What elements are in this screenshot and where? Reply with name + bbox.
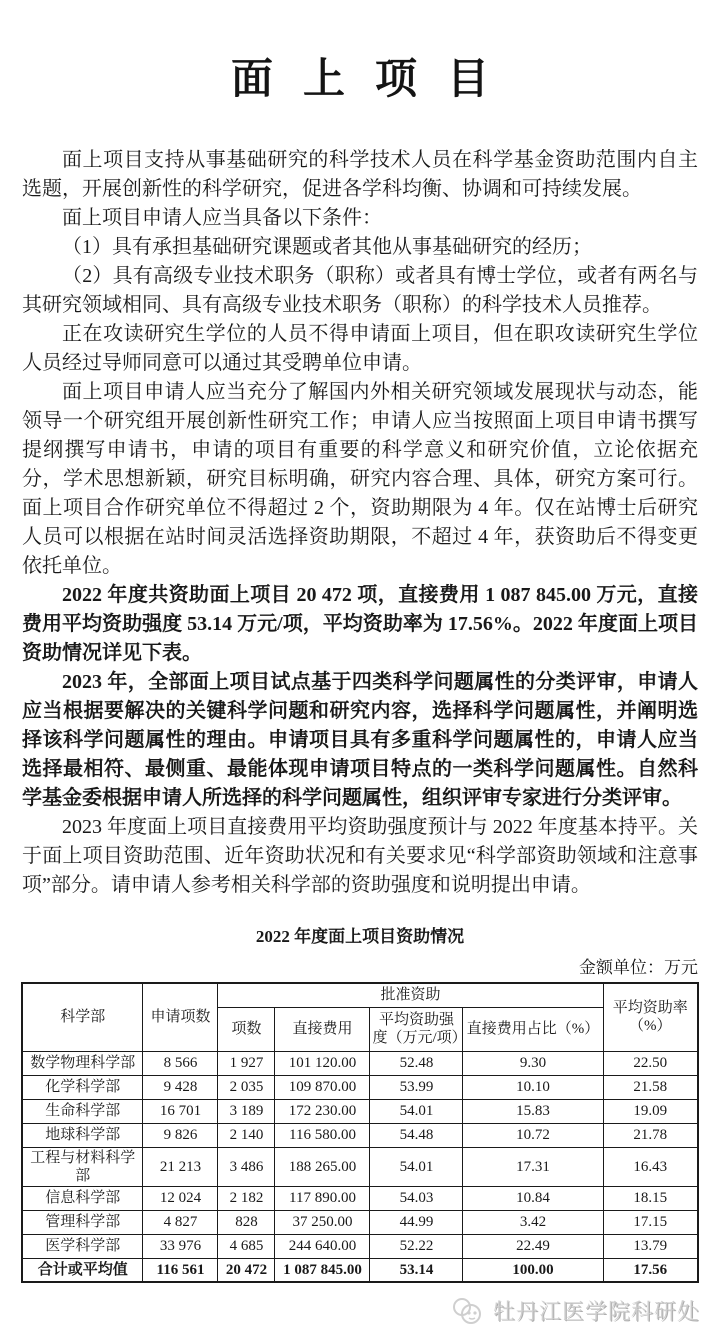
- value-cell: 20 472: [218, 1258, 275, 1282]
- value-cell: 1 087 845.00: [275, 1258, 370, 1282]
- value-cell: 4 685: [218, 1234, 275, 1258]
- watermark-text: 牡丹江医学院科研处: [493, 1295, 700, 1326]
- value-cell: 3.42: [463, 1210, 603, 1234]
- value-cell: 2 140: [218, 1123, 275, 1147]
- value-cell: 53.14: [370, 1258, 463, 1282]
- value-cell: 244 640.00: [275, 1234, 370, 1258]
- value-cell: 18.15: [603, 1186, 698, 1210]
- value-cell: 2 035: [218, 1075, 275, 1099]
- col-header-avg-rate: 平均资助率（%）: [603, 983, 698, 1051]
- department-cell: 管理科学部: [22, 1210, 143, 1234]
- document-page: 面上项目 面上项目支持从事基础研究的科学技术人员在科学基金资助范围内自主选题，开…: [0, 0, 720, 1340]
- value-cell: 3 189: [218, 1099, 275, 1123]
- value-cell: 16.43: [603, 1147, 698, 1186]
- value-cell: 9 826: [143, 1123, 218, 1147]
- table-row: 数学物理科学部8 5661 927101 120.0052.489.3022.5…: [22, 1051, 698, 1075]
- table-row: 医学科学部33 9764 685244 640.0052.2222.4913.7…: [22, 1234, 698, 1258]
- table-row: 地球科学部9 8262 140116 580.0054.4810.7221.78: [22, 1123, 698, 1147]
- value-cell: 828: [218, 1210, 275, 1234]
- value-cell: 17.56: [603, 1258, 698, 1282]
- value-cell: 21 213: [143, 1147, 218, 1186]
- funding-table-header: 科学部 申请项数 批准资助 平均资助率（%） 项数 直接费用 平均资助强度（万元…: [22, 983, 698, 1051]
- table-row: 生命科学部16 7013 189172 230.0054.0115.8319.0…: [22, 1099, 698, 1123]
- value-cell: 12 024: [143, 1186, 218, 1210]
- value-cell: 21.58: [603, 1075, 698, 1099]
- value-cell: 116 561: [143, 1258, 218, 1282]
- value-cell: 52.22: [370, 1234, 463, 1258]
- department-cell: 数学物理科学部: [22, 1051, 143, 1075]
- value-cell: 54.03: [370, 1186, 463, 1210]
- watermark: 牡丹江医学院科研处: [449, 1294, 700, 1326]
- value-cell: 13.79: [603, 1234, 698, 1258]
- department-cell: 地球科学部: [22, 1123, 143, 1147]
- value-cell: 117 890.00: [275, 1186, 370, 1210]
- page-title: 面上项目: [0, 46, 720, 106]
- value-cell: 37 250.00: [275, 1210, 370, 1234]
- table-row: 化学科学部9 4282 035109 870.0053.9910.1021.58: [22, 1075, 698, 1099]
- value-cell: 16 701: [143, 1099, 218, 1123]
- col-header-approved-count: 项数: [218, 1007, 275, 1051]
- value-cell: 15.83: [463, 1099, 603, 1123]
- table-title: 2022 年度面上项目资助情况: [0, 922, 720, 947]
- value-cell: 10.72: [463, 1123, 603, 1147]
- value-cell: 21.78: [603, 1123, 698, 1147]
- value-cell: 188 265.00: [275, 1147, 370, 1186]
- paragraph: 面上项目申请人应当充分了解国内外相关研究领域发展现状与动态，能领导一个研究组开展…: [22, 378, 698, 581]
- value-cell: 22.50: [603, 1051, 698, 1075]
- paragraph: 2023 年度面上项目直接费用平均资助强度预计与 2022 年度基本持平。关于面…: [22, 813, 698, 900]
- value-cell: 4 827: [143, 1210, 218, 1234]
- paragraph: 2023 年，全部面上项目试点基于四类科学问题属性的分类评审，申请人应当根据要解…: [22, 668, 698, 813]
- col-header-avg-intensity: 平均资助强度（万元/项）: [370, 1007, 463, 1051]
- col-header-direct-cost-share: 直接费用占比（%）: [463, 1007, 603, 1051]
- paragraph: 面上项目支持从事基础研究的科学技术人员在科学基金资助范围内自主选题，开展创新性的…: [22, 146, 698, 204]
- value-cell: 8 566: [143, 1051, 218, 1075]
- value-cell: 54.01: [370, 1099, 463, 1123]
- funding-table-body: 数学物理科学部8 5661 927101 120.0052.489.3022.5…: [22, 1051, 698, 1282]
- value-cell: 44.99: [370, 1210, 463, 1234]
- document-body: 面上项目支持从事基础研究的科学技术人员在科学基金资助范围内自主选题，开展创新性的…: [22, 146, 698, 900]
- paragraph: （1）具有承担基础研究课题或者其他从事基础研究的经历；: [22, 233, 698, 262]
- table-row: 合计或平均值116 56120 4721 087 845.0053.14100.…: [22, 1258, 698, 1282]
- value-cell: 101 120.00: [275, 1051, 370, 1075]
- col-header-applications: 申请项数: [143, 983, 218, 1051]
- col-header-direct-cost: 直接费用: [275, 1007, 370, 1051]
- value-cell: 100.00: [463, 1258, 603, 1282]
- department-cell: 化学科学部: [22, 1075, 143, 1099]
- value-cell: 3 486: [218, 1147, 275, 1186]
- table-row: 工程与材料科学部21 2133 486188 265.0054.0117.311…: [22, 1147, 698, 1186]
- value-cell: 22.49: [463, 1234, 603, 1258]
- value-cell: 19.09: [603, 1099, 698, 1123]
- value-cell: 10.84: [463, 1186, 603, 1210]
- value-cell: 116 580.00: [275, 1123, 370, 1147]
- value-cell: 9.30: [463, 1051, 603, 1075]
- value-cell: 17.15: [603, 1210, 698, 1234]
- department-cell: 医学科学部: [22, 1234, 143, 1258]
- value-cell: 109 870.00: [275, 1075, 370, 1099]
- value-cell: 53.99: [370, 1075, 463, 1099]
- value-cell: 54.48: [370, 1123, 463, 1147]
- table-unit-note: 金额单位：万元: [22, 953, 698, 978]
- paragraph: 正在攻读研究生学位的人员不得申请面上项目，但在职攻读研究生学位人员经过导师同意可…: [22, 320, 698, 378]
- value-cell: 52.48: [370, 1051, 463, 1075]
- department-cell: 生命科学部: [22, 1099, 143, 1123]
- table-row: 管理科学部4 82782837 250.0044.993.4217.15: [22, 1210, 698, 1234]
- value-cell: 172 230.00: [275, 1099, 370, 1123]
- department-cell: 信息科学部: [22, 1186, 143, 1210]
- table-row: 信息科学部12 0242 182117 890.0054.0310.8418.1…: [22, 1186, 698, 1210]
- paragraph: 2022 年度共资助面上项目 20 472 项，直接费用 1 087 845.0…: [22, 581, 698, 668]
- value-cell: 2 182: [218, 1186, 275, 1210]
- value-cell: 9 428: [143, 1075, 218, 1099]
- department-cell: 工程与材料科学部: [22, 1147, 143, 1186]
- funding-table: 科学部 申请项数 批准资助 平均资助率（%） 项数 直接费用 平均资助强度（万元…: [21, 982, 699, 1283]
- department-cell: 合计或平均值: [22, 1258, 143, 1282]
- value-cell: 17.31: [463, 1147, 603, 1186]
- watermark-logo-icon: [449, 1294, 485, 1326]
- value-cell: 54.01: [370, 1147, 463, 1186]
- value-cell: 33 976: [143, 1234, 218, 1258]
- value-cell: 10.10: [463, 1075, 603, 1099]
- paragraph: 面上项目申请人应当具备以下条件：: [22, 204, 698, 233]
- col-header-approved-group: 批准资助: [218, 983, 603, 1007]
- value-cell: 1 927: [218, 1051, 275, 1075]
- col-header-department: 科学部: [22, 983, 143, 1051]
- paragraph: （2）具有高级专业技术职务（职称）或者具有博士学位，或者有两名与其研究领域相同、…: [22, 262, 698, 320]
